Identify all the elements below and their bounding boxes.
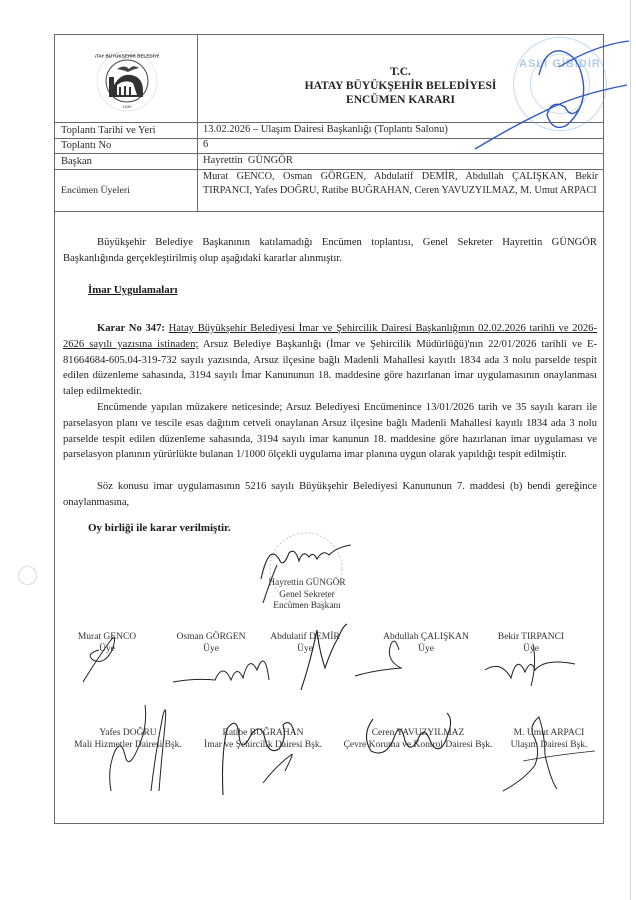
chair-label: Başkan [61,156,92,167]
signature-member-3: Abdulatif DEMİR Üye [255,632,355,655]
chair-signature-block: Hayrettin GÜNGÖR Genel Sekreter Encümen … [267,578,347,613]
meeting-no-label: Toplantı No [61,140,111,151]
signatory-name: Yafes DOĞRU [63,728,193,740]
members-label: Encümen Üyeleri [61,185,130,196]
chair-role: Encümen Başkanı [267,601,347,613]
signatory-role: Çevre Koruma ve Kontrol Dairesi Bşk. [333,740,503,752]
signatory-role: Üye [161,644,261,656]
certified-copy-stamp: ASLI GİBİDİR [513,37,607,131]
chair-title: Genel Sekreter [267,590,347,602]
table-row-line [55,153,603,154]
signatory-role: Üye [57,644,157,656]
deliberation-paragraph: Encümende yapılan müzakere neticesinde; … [63,400,597,463]
signature-member-4: Abdullah ÇALIŞKAN Üye [371,632,481,655]
table-bottom-line [55,211,603,212]
signatory-role: Üye [481,644,581,656]
signatory-name: Ceren YAVUZYILMAZ [333,728,503,740]
members-value: Murat GENCO, Osman GÖRGEN, Abdulatif DEM… [203,170,598,198]
signature-member-9: M. Umut ARPACI Ulaşım Dairesi Bşk. [499,728,599,751]
signatory-role: Üye [371,644,481,656]
seal-year: 1939 [123,104,133,109]
signature-member-6: Yafes DOĞRU Mali Hizmetler Dairesi Bşk. [63,728,193,751]
approval-paragraph: Söz konusu imar uygulamasının 5216 sayıl… [63,479,597,511]
signatory-role: Üye [255,644,355,656]
decision-number: Karar No 347: [97,323,165,334]
signatory-name: Abdullah ÇALIŞKAN [371,632,481,644]
unanimous-vote-statement: Oy birliği ile karar verilmiştir. [88,522,231,534]
seal-ring-text: HATAY BÜYÜKŞEHİR BELEDİYESİ [95,53,159,59]
chair-name: Hayrettin GÜNGÖR [267,578,347,590]
stamp-text: ASLI GİBİDİR [514,58,606,70]
signatory-name: Murat GENCO [57,632,157,644]
meeting-date-value: 13.02.2026 – Ulaşım Dairesi Başkanlığı (… [203,124,448,135]
signatory-name: Osman GÖRGEN [161,632,261,644]
table-row-line [55,138,603,139]
signatory-name: Abdulatif DEMİR [255,632,355,644]
signatory-name: Ratibe BUĞRAHAN [193,728,333,740]
signatory-name: M. Umut ARPACI [499,728,599,740]
header-column-divider [197,35,198,211]
intro-paragraph: Büyükşehir Belediye Başkanının katılamad… [63,235,597,267]
decision-paragraph: Karar No 347: Hatay Büyükşehir Belediyes… [63,321,597,400]
header-divider [55,122,603,123]
meeting-date-label: Toplantı Tarihi ve Yeri [61,125,156,136]
chair-value: Hayrettin GÜNGÖR [203,155,293,166]
document-page: HATAY BÜYÜKŞEHİR BELEDİYESİ 1939 T.C. HA… [0,0,636,900]
handwritten-signatures-row1 [55,620,605,690]
signature-member-2: Osman GÖRGEN Üye [161,632,261,655]
signature-member-5: Bekir TIRPANCI Üye [481,632,581,655]
signatory-name: Bekir TIRPANCI [481,632,581,644]
signatory-role: Ulaşım Dairesi Bşk. [499,740,599,752]
signature-member-1: Murat GENCO Üye [57,632,157,655]
signature-member-7: Ratibe BUĞRAHAN İmar ve Şehircilik Daire… [193,728,333,751]
signatory-role: Mali Hizmetler Dairesi Bşk. [63,740,193,752]
signatory-role: İmar ve Şehircilik Dairesi Bşk. [193,740,333,752]
meeting-no-value: 6 [203,139,208,150]
page-edge [630,0,631,900]
document-frame: HATAY BÜYÜKŞEHİR BELEDİYESİ 1939 T.C. HA… [54,34,604,824]
municipality-seal-icon: HATAY BÜYÜKŞEHİR BELEDİYESİ 1939 [95,49,159,113]
section-heading: İmar Uygulamaları [88,284,177,296]
punch-hole-mark [18,566,37,585]
signature-member-8: Ceren YAVUZYILMAZ Çevre Koruma ve Kontro… [333,728,503,751]
